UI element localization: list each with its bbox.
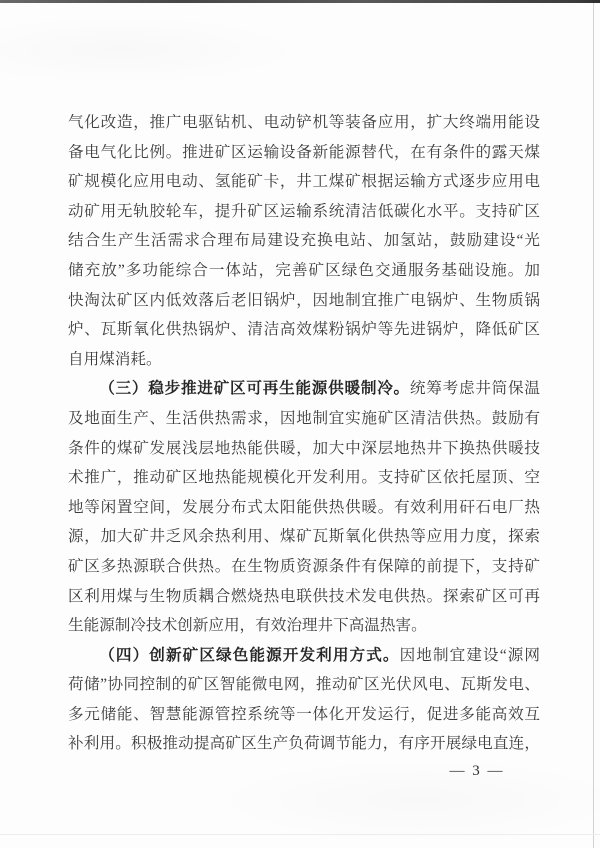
scan-right-edge-artifact [593,3,594,848]
body-line: 多元储能、智慧能源管控系统等一体化开发运行，促进多能高效互 [68,700,540,730]
body-line: 结合生产生活需求合理布局建设充换电站、加氢站，鼓励建设“光 [68,226,540,256]
document-page: 气化改造，推广电驱钻机、电动铲机等装备应用，扩大终端用能设 备电气化比例。推进矿… [0,0,600,848]
body-line: （四）创新矿区绿色能源开发利用方式。因地制宜建设“源网 [68,641,540,671]
body-line: （三）稳步推进矿区可再生能源供暖制冷。统筹考虑井筒保温 [68,374,540,404]
body-line: 储充放”多功能综合一体站，完善矿区绿色交通服务基础设施。加 [68,256,540,286]
body-line: 源，加大矿井乏风余热利用、煤矿瓦斯氧化供热等应用力度，探索 [68,522,540,552]
body-line: 备电气化比例。推进矿区运输设备新能源替代，在有条件的露天煤 [68,138,540,168]
body-line: 动矿用无轨胶轮车，提升矿区运输系统清洁低碳化水平。支持矿区 [68,197,540,227]
body-line: 生能源制冷技术创新应用，有效治理井下高温热害。 [68,611,540,641]
paragraph-heading: （四）创新矿区绿色能源开发利用方式。 [99,647,399,664]
body-line: 炉、瓦斯氧化供热锅炉、清洁高效煤粉锅炉等先进锅炉，降低矿区 [68,315,540,345]
body-line: 快淘汰矿区内低效落后老旧锅炉，因地制宜推广电锅炉、生物质锅 [68,286,540,316]
scan-bottom-edge-artifact [0,834,600,835]
paragraph-text: 统筹考虑井筒保温 [410,380,540,397]
body-text: 气化改造，推广电驱钻机、电动铲机等装备应用，扩大终端用能设 备电气化比例。推进矿… [68,108,540,759]
paragraph-text: 因地制宜建设“源网 [400,647,540,664]
page-number: — 3 — [427,761,527,781]
body-line: 术推广，推动矿区地热能规模化开发利用。支持矿区依托屋顶、空 [68,463,540,493]
scan-top-edge-artifact [0,0,600,3]
body-line: 区利用煤与生物质耦合燃烧热电联供技术发电供热。探索矿区可再 [68,582,540,612]
body-line: 条件的煤矿发展浅层地热能供暖，加大中深层地热井下换热供暖技 [68,434,540,464]
body-line: 及地面生产、生活供热需求，因地制宜实施矿区清洁供热。鼓励有 [68,404,540,434]
body-line: 地等闲置空间，发展分布式太阳能供热供暖。有效利用矸石电厂热 [68,493,540,523]
body-line: 荷储”协同控制的矿区智能微电网，推动矿区光伏风电、瓦斯发电、 [68,670,540,700]
body-line: 气化改造，推广电驱钻机、电动铲机等装备应用，扩大终端用能设 [68,108,540,138]
body-line: 矿区多热源联合供热。在生物质资源条件有保障的前提下，支持矿 [68,552,540,582]
body-line: 补利用。积极推动提高矿区生产负荷调节能力，有序开展绿电直连， [68,729,540,759]
paragraph-heading: （三）稳步推进矿区可再生能源供暖制冷。 [99,380,410,397]
body-line: 自用煤消耗。 [68,345,540,375]
body-line: 矿规模化应用电动、氢能矿卡，井工煤矿根据运输方式逐步应用电 [68,167,540,197]
